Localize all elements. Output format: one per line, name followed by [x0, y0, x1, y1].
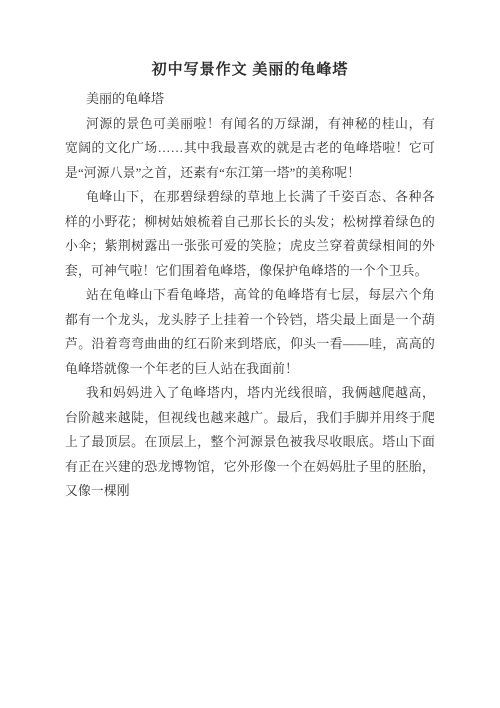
document-page: 初中写景作文 美丽的龟峰塔 美丽的龟峰塔 河源的景色可美丽啦！有闻名的万绿湖，有… [0, 0, 500, 708]
paragraph-tower-look: 站在龟峰山下看龟峰塔，高耸的龟峰塔有七层，每层六个角都有一个龙头，龙头脖子上挂着… [65, 283, 435, 381]
document-content: 初中写景作文 美丽的龟峰塔 美丽的龟峰塔 河源的景色可美丽啦！有闻名的万绿湖，有… [0, 0, 500, 504]
paragraph-climb: 我和妈妈进入了龟峰塔内，塔内光线很暗，我俩越爬越高，台阶越来越陡，但视线也越来越… [65, 381, 435, 504]
page-title: 初中写景作文 美丽的龟峰塔 [65, 58, 435, 82]
document-subtitle: 美丽的龟峰塔 [65, 87, 435, 112]
paragraph-intro: 河源的景色可美丽啦！有闻名的万绿湖，有神秘的桂山，有宽阔的文化广场……其中我最喜… [65, 112, 435, 186]
paragraph-mountain-foot: 龟峰山下，在那碧绿碧绿的草地上长满了千姿百态、各种各样的小野花；柳树姑娘梳着自己… [65, 185, 435, 283]
